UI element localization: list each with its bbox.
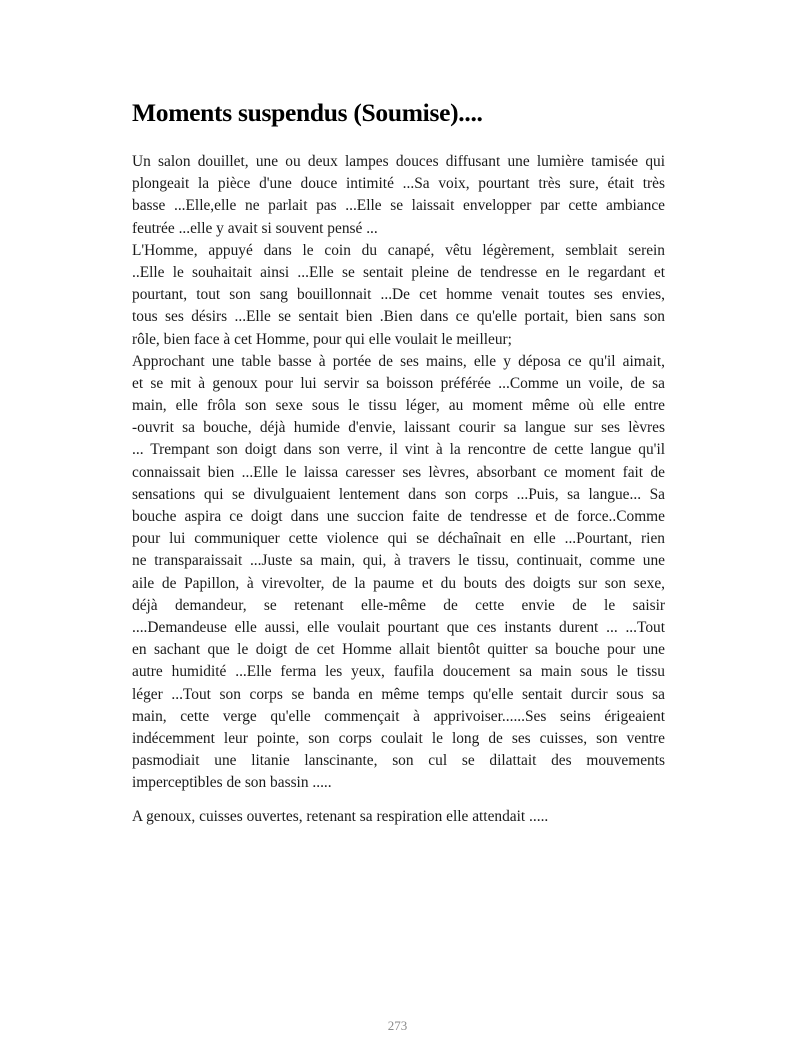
text-line: L'Homme, appuyé dans le coin du canapé, … bbox=[132, 240, 665, 262]
text-line: autre humidité ...Elle ferma les yeux, f… bbox=[132, 661, 665, 683]
text-line: feutrée ...elle y avait si souvent pensé… bbox=[132, 218, 665, 240]
text-line: indécemment leur pointe, son corps coula… bbox=[132, 728, 665, 750]
paragraph-4: A genoux, cuisses ouvertes, retenant sa … bbox=[132, 806, 665, 828]
document-page: Moments suspendus (Soumise).... Un salon… bbox=[0, 0, 795, 1063]
text-line: déjà demandeur, se retenant elle-même de… bbox=[132, 595, 665, 617]
paragraph-2: L'Homme, appuyé dans le coin du canapé, … bbox=[132, 240, 665, 351]
text-line: main, elle frôla son sexe sous le tissu … bbox=[132, 395, 665, 417]
text-line: connaissait bien ...Elle le laissa cares… bbox=[132, 462, 665, 484]
text-line: et se mit à genoux pour lui servir sa bo… bbox=[132, 373, 665, 395]
text-line: Un salon douillet, une ou deux lampes do… bbox=[132, 151, 665, 173]
text-line: ..Elle le souhaitait ainsi ...Elle se se… bbox=[132, 262, 665, 284]
text-line: Approchant une table basse à portée de s… bbox=[132, 351, 665, 373]
story-body: Un salon douillet, une ou deux lampes do… bbox=[132, 151, 665, 829]
text-line: sensations qui se divulguaient lentement… bbox=[132, 484, 665, 506]
text-line: aile de Papillon, à virevolter, de la pa… bbox=[132, 573, 665, 595]
text-line: pour lui communiquer cette violence qui … bbox=[132, 528, 665, 550]
text-line: ....Demandeuse elle aussi, elle voulait … bbox=[132, 617, 665, 639]
text-line: imperceptibles de son bassin ..... bbox=[132, 772, 665, 794]
paragraph-1: Un salon douillet, une ou deux lampes do… bbox=[132, 151, 665, 240]
text-line: tous ses désirs ...Elle se sentait bien … bbox=[132, 306, 665, 328]
text-line: A genoux, cuisses ouvertes, retenant sa … bbox=[132, 806, 665, 828]
text-line: en sachant que le doigt de cet Homme all… bbox=[132, 639, 665, 661]
text-line: ... Trempant son doigt dans son verre, i… bbox=[132, 439, 665, 461]
text-line: basse ...Elle,elle ne parlait pas ...Ell… bbox=[132, 195, 665, 217]
text-line: léger ...Tout son corps se banda en même… bbox=[132, 684, 665, 706]
text-line: pourtant, tout son sang bouillonnait ...… bbox=[132, 284, 665, 306]
text-line: ne transparaissait ...Juste sa main, qui… bbox=[132, 550, 665, 572]
text-line: plongeait la pièce d'une douce intimité … bbox=[132, 173, 665, 195]
text-line: -ouvrit sa bouche, déjà humide d'envie, … bbox=[132, 417, 665, 439]
page-number: 273 bbox=[0, 1018, 795, 1034]
text-line: pasmodiait une litanie lanscinante, son … bbox=[132, 750, 665, 772]
text-line: bouche aspira ce doigt dans une succion … bbox=[132, 506, 665, 528]
paragraph-spacer bbox=[132, 794, 665, 806]
page-title: Moments suspendus (Soumise).... bbox=[132, 98, 483, 128]
text-line: rôle, bien face à cet Homme, pour qui el… bbox=[132, 329, 665, 351]
text-line: main, cette verge qu'elle commençait à a… bbox=[132, 706, 665, 728]
paragraph-3: Approchant une table basse à portée de s… bbox=[132, 351, 665, 795]
